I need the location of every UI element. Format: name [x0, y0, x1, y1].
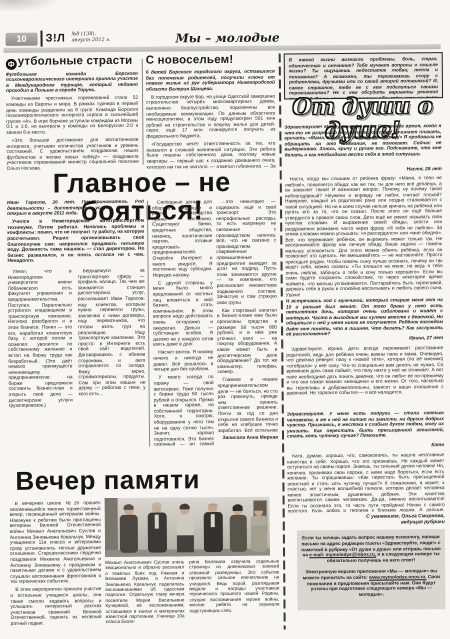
main-feature-col1: Узнал, что в Нижегородском университете …	[8, 269, 74, 448]
main-feature-col3: Свободные деньги для оборота продукции и…	[152, 200, 214, 447]
main-feature-col3-p1: Свободные деньги для оборота продукции и…	[152, 200, 213, 279]
newspaper-logo: З!Л	[45, 32, 65, 44]
advice-answer-1: Настя, когда мы слышим от ребёнка фразу:…	[285, 176, 443, 296]
contact-box-text-2: Электронную версию приложения «Мы — моло…	[301, 568, 441, 598]
memory-evening-p2: В этом мероприятии приняли участие и ост…	[10, 587, 101, 627]
main-feature-col4: …это невыгодно — содержать ещё и свой тр…	[216, 200, 278, 435]
memory-evening-headline: Вечер памяти	[15, 465, 255, 495]
article-housewarming: С новосельем! 6 детей Борского городског…	[146, 54, 276, 169]
decorative-initial: Ф	[6, 58, 17, 69]
issue-date: август 2012 г.	[72, 37, 122, 43]
advice-letter-2-signature: Ирина, 27 лет	[286, 336, 443, 342]
advice-answer-3: Катя, думаю, хорошо, что, самокопаясь, т…	[287, 453, 445, 512]
main-feature-col4-p1: …это невыгодно — содержать ещё и свой тр…	[216, 200, 277, 307]
masthead-title: Мы – молодые	[147, 30, 307, 45]
contact-box-text-1: Если ты хочешь задать вопрос нашему псих…	[301, 534, 441, 564]
main-feature-col3-p2: С другой стороны, у меня было много пред…	[153, 281, 214, 349]
header-rule	[4, 44, 441, 53]
page-sheet: 10 З!Л №8 (138), август 2012 г. Мы – мол…	[0, 0, 450, 639]
main-feature-intro-block: Иван Тарасов, 26 лет. Предприниматель. Р…	[7, 200, 145, 267]
advice-letter-1-signature: Настя, 28 лет	[285, 167, 442, 173]
memory-evening-p1: В вечерней школе №28 прошёл запомнившийс…	[10, 501, 102, 586]
main-feature-col1-text: Узнал, что в Нижегородском университете …	[8, 269, 73, 409]
article-football-lead: Футбольная команда Борского психоневроло…	[6, 71, 138, 95]
contact-website[interactable]: www.mymolodye.nnov.ru.	[369, 574, 427, 580]
main-feature-col3-p4: У моего соседа по гаражу — свой автосерв…	[153, 375, 214, 446]
main-feature-signature: Записала Анна Мирная	[218, 436, 278, 442]
main-feature-intro: Учился в Нижегородском автотранспортном …	[7, 219, 144, 265]
article-football-p2: «Это большое достижение для воспитаннико…	[6, 138, 138, 170]
group-photo-illustration	[105, 497, 271, 557]
article-housewarming-title: С новосельем!	[146, 54, 275, 68]
main-feature-byline: Иван Тарасов, 26 лет. Предприниматель. Р…	[7, 200, 144, 218]
article-housewarming-p1: В городском округе Бор, на улице Одесско…	[146, 94, 275, 140]
group-photo	[105, 497, 271, 557]
advice-answer-2: Здравствуйте, Ирина. Дети всегда пережив…	[286, 346, 444, 409]
article-housewarming-p2: «Государство несёт ответственность за те…	[146, 142, 275, 169]
advice-letter-3: Здравствуйте. У меня есть подруга — стал…	[287, 411, 444, 443]
main-feature-col2-text: Берущемуся за транспортную сферу — профи…	[78, 269, 146, 398]
article-gutter-rule	[142, 59, 144, 165]
header-divider	[40, 31, 42, 47]
article-football: Футбольные страсти Футбольная команда Бо…	[6, 55, 139, 170]
main-feature-col2: Берущемуся за транспортную сферу — профи…	[78, 269, 147, 448]
issue-info: №8 (138), август 2012 г.	[71, 31, 121, 43]
main-feature-gutter-rule	[147, 201, 150, 447]
article-football-p1: Участниками престижных соревнований стал…	[6, 96, 138, 136]
photo-caption-right: рина Балякова озвучила отдельные страниц…	[189, 559, 280, 628]
article-housewarming-lead: 6 детей Борского городского округа, оста…	[146, 70, 275, 93]
advice-closing-signature: С уважением, Ольга Смирнова, ведущая руб…	[288, 513, 445, 526]
article-football-title: Футбольные страсти	[6, 55, 138, 70]
advice-letter-1: Здравствуйте! Моему сыну 3,5 года. После…	[284, 124, 441, 167]
main-feature-col4-p3: Главное в нашем предпринимательском деле…	[218, 378, 278, 434]
advice-letter-3-signature: Катя	[287, 443, 444, 449]
main-feature-col3-p3: Насчёт взяток. Я никому ничего и никогда…	[153, 351, 213, 374]
photo-caption-left: Михаил Анатольевич Суслов очень эмоциона…	[105, 559, 185, 628]
contact-box: Если ты хочешь задать вопрос нашему псих…	[297, 529, 446, 610]
advice-letter-2: Я встречаюсь год с мужчиной, который ста…	[286, 298, 443, 336]
newspaper-page: 10 З!Л №8 (138), август 2012 г. Мы – мол…	[0, 0, 450, 639]
main-feature-col4-p2: Как стартовый капитал в бизнес-плане мне…	[217, 308, 278, 376]
page-number: 10	[5, 33, 37, 46]
memory-evening-col1: В вечерней школе №28 прошёл запомнившийс…	[10, 501, 102, 630]
